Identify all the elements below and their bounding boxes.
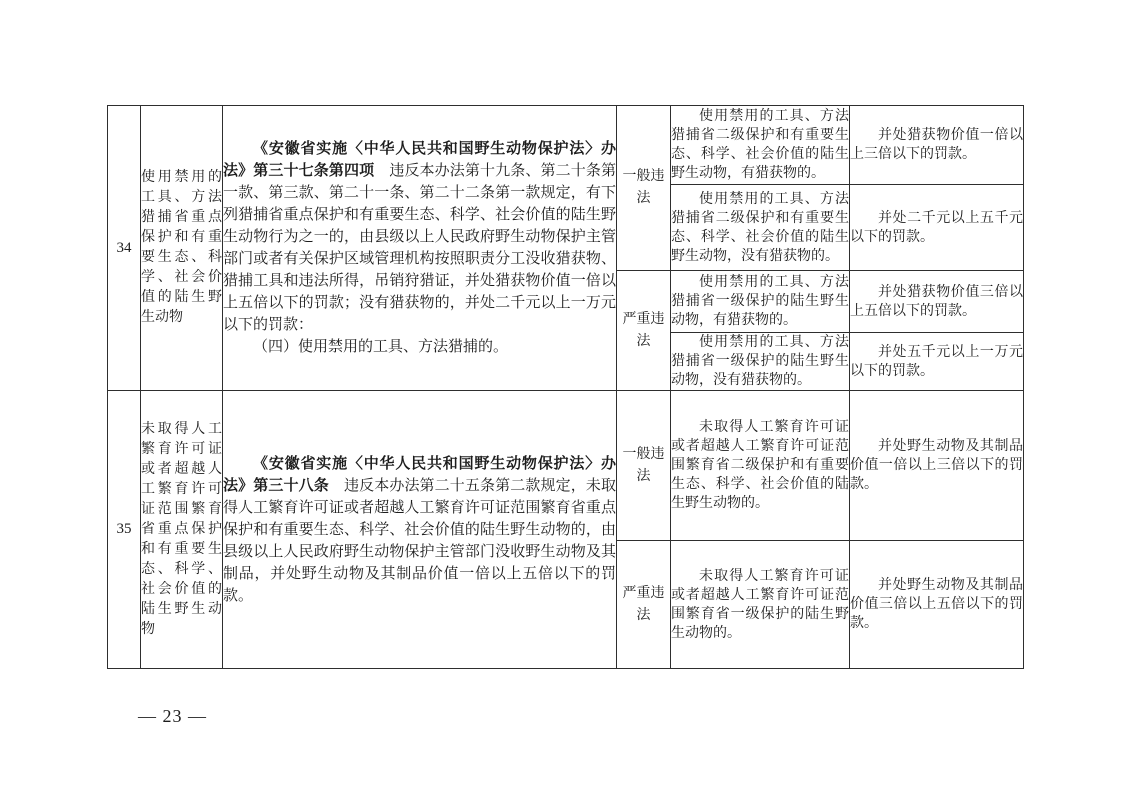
circumstance-text: 使用禁用的工具、方法猎捕省一级保护的陆生野生动物，没有猎获物的。 [671,333,849,390]
circumstance-text: 使用禁用的工具、方法猎捕省二级保护和有重要生态、科学、社会价值的陆生野生动物，没… [671,190,849,266]
penalty-text: 并处猎获物价值三倍以上五倍以下的罚款。 [850,283,1023,321]
severity-level-cell: 一般违法 [617,106,671,271]
penalty-text: 并处猎获物价值一倍以上三倍以下的罚款。 [850,126,1023,164]
row-number: 34 [108,106,141,391]
table-row: 35 未取得人工繁育许可证或者超越人工繁育许可证范围繁育省重点保护和有重要生态、… [108,391,1024,541]
table-row: 34 使用禁用的工具、方法猎捕省重点保护和有重要生态、科学、社会价值的陆生野生动… [108,106,1024,185]
law-item-text: （四）使用禁用的工具、方法猎捕的。 [223,336,616,358]
violation-type-cell: 未取得人工繁育许可证或者超越人工繁育许可证范围繁育省重点保护和有重要生态、科学、… [141,391,223,669]
legal-basis-paragraph: 《安徽省实施〈中华人民共和国野生动物保护法〉办法》第三十七条第四项 违反本办法第… [223,138,616,336]
circumstance-cell: 使用禁用的工具、方法猎捕省一级保护的陆生野生动物，没有猎获物的。 [671,333,850,391]
penalty-cell: 并处猎获物价值一倍以上三倍以下的罚款。 [850,106,1024,185]
penalty-text: 并处野生动物及其制品价值三倍以上五倍以下的罚款。 [850,576,1023,633]
circumstance-text: 未取得人工繁育许可证或者超越人工繁育许可证范围繁育省一级保护的陆生野生动物的。 [671,567,849,643]
document-page: 34 使用禁用的工具、方法猎捕省重点保护和有重要生态、科学、社会价值的陆生野生动… [0,0,1122,793]
penalty-cell: 并处猎获物价值三倍以上五倍以下的罚款。 [850,271,1024,333]
violation-type-text: 使用禁用的工具、方法猎捕省重点保护和有重要生态、科学、社会价值的陆生野生动物 [141,168,222,328]
penalty-discretion-table: 34 使用禁用的工具、方法猎捕省重点保护和有重要生态、科学、社会价值的陆生野生动… [107,105,1024,669]
legal-basis-cell: 《安徽省实施〈中华人民共和国野生动物保护法〉办法》第三十七条第四项 违反本办法第… [223,106,617,391]
severity-level-cell: 严重违法 [617,541,671,669]
penalty-cell: 并处二千元以上五千元以下的罚款。 [850,185,1024,271]
severity-level-cell: 一般违法 [617,391,671,541]
penalty-cell: 并处野生动物及其制品价值三倍以上五倍以下的罚款。 [850,541,1024,669]
penalty-cell: 并处野生动物及其制品价值一倍以上三倍以下的罚款。 [850,391,1024,541]
circumstance-text: 未取得人工繁育许可证或者超越人工繁育许可证范围繁育省二级保护和有重要生态、科学、… [671,418,849,513]
circumstance-cell: 使用禁用的工具、方法猎捕省二级保护和有重要生态、科学、社会价值的陆生野生动物，没… [671,185,850,271]
circumstance-text: 使用禁用的工具、方法猎捕省一级保护的陆生野生动物，有猎获物的。 [671,273,849,330]
law-body-text: 违反本办法第十九条、第二十条第一款、第三款、第二十一条、第二十二条第一款规定，有… [223,163,616,333]
legal-basis-paragraph: 《安徽省实施〈中华人民共和国野生动物保护法〉办法》第三十八条 违反本办法第二十五… [223,453,616,607]
legal-basis-cell: 《安徽省实施〈中华人民共和国野生动物保护法〉办法》第三十八条 违反本办法第二十五… [223,391,617,669]
page-number: — 23 — [138,706,207,727]
violation-type-text: 未取得人工繁育许可证或者超越人工繁育许可证范围繁育省重点保护和有重要生态、科学、… [141,420,222,640]
penalty-text: 并处二千元以上五千元以下的罚款。 [850,209,1023,247]
row-number: 35 [108,391,141,669]
circumstance-cell: 使用禁用的工具、方法猎捕省二级保护和有重要生态、科学、社会价值的陆生野生动物，有… [671,106,850,185]
circumstance-cell: 未取得人工繁育许可证或者超越人工繁育许可证范围繁育省二级保护和有重要生态、科学、… [671,391,850,541]
circumstance-cell: 使用禁用的工具、方法猎捕省一级保护的陆生野生动物，有猎获物的。 [671,271,850,333]
circumstance-cell: 未取得人工繁育许可证或者超越人工繁育许可证范围繁育省一级保护的陆生野生动物的。 [671,541,850,669]
penalty-cell: 并处五千元以上一万元以下的罚款。 [850,333,1024,391]
penalty-text: 并处五千元以上一万元以下的罚款。 [850,343,1023,381]
circumstance-text: 使用禁用的工具、方法猎捕省二级保护和有重要生态、科学、社会价值的陆生野生动物，有… [671,107,849,183]
penalty-text: 并处野生动物及其制品价值一倍以上三倍以下的罚款。 [850,437,1023,494]
law-body-text: 违反本办法第二十五条第二款规定，未取得人工繁育许可证或者超越人工繁育许可证范围繁… [223,478,616,604]
violation-type-cell: 使用禁用的工具、方法猎捕省重点保护和有重要生态、科学、社会价值的陆生野生动物 [141,106,223,391]
severity-level-cell: 严重违法 [617,271,671,391]
